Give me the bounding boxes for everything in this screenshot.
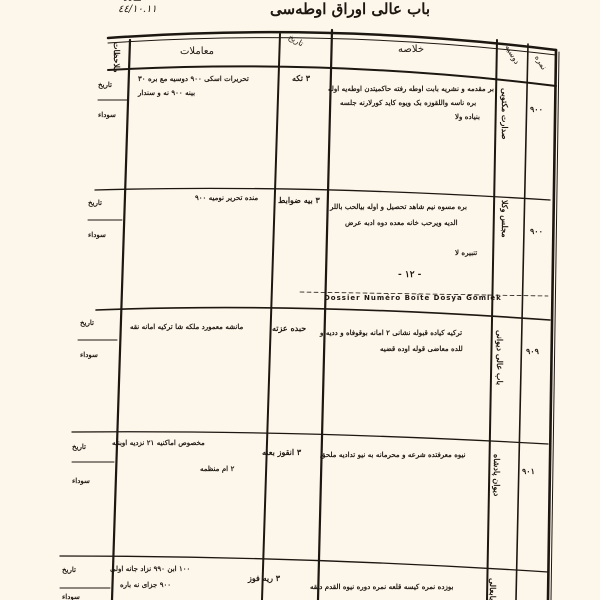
office-cell: مجلس وکلا [500, 200, 510, 238]
muamelat-line: ٢ ام منظمه [200, 464, 234, 473]
entry-number: ٩٠٩ [526, 346, 539, 356]
muamelat-line: مخصوص اماکنیه ۲۱ نزدیه اوبنیه [112, 438, 205, 447]
reference-number: ٤٤/١٠.١١ [118, 4, 157, 15]
summary-line: بره مسوه نیم شاهد تحصیل و اوله بیالحب با… [330, 200, 467, 213]
office-cell: دیوان پادشاه [492, 454, 502, 496]
summary-line: بنیاده ولا [455, 110, 480, 123]
side-label: سوداء [80, 350, 98, 359]
muamelat-line: بینه ٩٠٠ نه و سندار [138, 88, 195, 97]
office-cell: صدارت مکتوبی [500, 88, 510, 140]
date-cell: ٣ ریه فوز [248, 572, 280, 585]
header-muamelat: معاملات [180, 46, 214, 57]
summary-line: بوزده نمره کیسه قلعه نمره دوره نیوه القد… [310, 580, 453, 593]
side-label: تاریخ [80, 318, 94, 327]
side-label: تاریخ [62, 565, 76, 574]
side-label: تاریخ [72, 442, 86, 451]
side-label: سوداء [72, 476, 90, 485]
office-cell: باب عالی دیوانی [495, 330, 505, 385]
header-summary: خلاصه [398, 44, 424, 55]
side-label: سوداء [98, 110, 116, 119]
latin-reference-line: Dossier Numéro Boîte Dosya Gömlek [324, 294, 502, 302]
entry-number: ٩٠٠ [530, 226, 543, 236]
summary-line: بر مقدمه و نشریه بابت اوطه رفته حاکمیتدن… [328, 82, 494, 95]
summary-line: للده معاضی قوله اوده قضیه [380, 342, 463, 355]
side-label: تاریخ [98, 80, 112, 89]
muamelat-line: تحریرات اسکی ٩٠٠ دوسیه مع بره ۳۰ [138, 74, 249, 83]
summary-line: بره ناسه واللقوزه بک ویوه کاید کورلارنه … [340, 96, 476, 109]
muamelat-line: مانشه معمورد ملکه شا ترکیه امانه نقه [130, 322, 243, 331]
page-title: باب عالی اوراق اوطه‌سی [270, 0, 430, 18]
muamelat-line: ٩٠٠ جزای نه باره [120, 580, 171, 589]
date-cell: ٣ تکه [292, 72, 310, 85]
date-cell: ٣ بیه ضوابط [278, 194, 320, 207]
summary-line: نیوه معرفتده شرعه و محرمانه به نیو تدادی… [320, 448, 466, 461]
entry-number: ٩٠٠ [530, 104, 543, 114]
date-cell: ٣ انقوز بعنه [262, 446, 301, 459]
side-label: تاریخ [88, 198, 102, 207]
muamelat-line: منده تحریر نومیه ٩٠٠ [195, 193, 258, 202]
register-grid [0, 0, 600, 600]
header-notes: ملاحظات [112, 42, 122, 73]
entry-number: ٩٠١ [522, 466, 535, 476]
reference-top: ـــ ـ ـ [124, 0, 141, 3]
summary-line: تنبیره لا [455, 246, 477, 259]
summary-line: الدیه ویرحب خانه معده دوه ادبه عرض [345, 216, 458, 229]
side-label: سوداء [62, 592, 80, 600]
date-cell: حبده عزته [272, 322, 306, 335]
summary-line: ترکیه کیاده قبوله نشانی ۲ امانه بوقوفاه … [320, 326, 462, 339]
side-label: سوداء [88, 230, 106, 239]
page-number: - ١٢ - [398, 270, 421, 280]
muamelat-line: ١٠٠ ابن ٩٩٠ نزاد جانه اولی [110, 564, 190, 573]
office-cell: بابعالی [488, 578, 498, 600]
